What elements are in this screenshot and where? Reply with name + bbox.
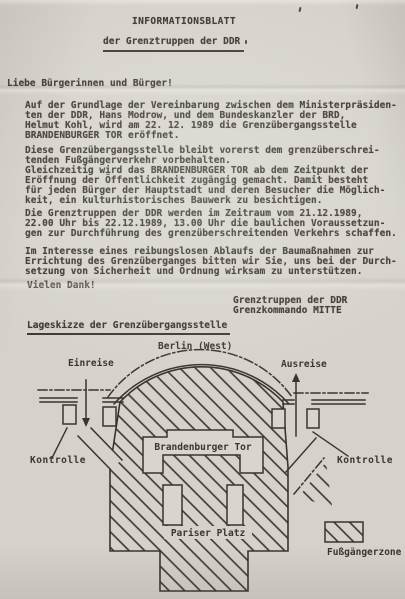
kontrolle-right-label: Kontrolle [337,455,393,466]
scan-speck [245,40,247,44]
paragraph-pedestrian: Diese Grenzübergangsstelle bleibt vorers… [25,146,385,206]
legend-label: Fußgängerzone [327,547,402,558]
platz-pillar-left [163,485,182,525]
salutation: Liebe Bürgerinnen und Bürger! [7,79,173,89]
legend-swatch [325,522,363,542]
checkpoint-box-left-2 [103,407,116,426]
page-title: INFORMATIONSBLATT [132,17,236,27]
site-sketch-diagram: Berlin (West) Einreise Ausreise Kontroll… [0,336,405,599]
page-subtitle: der Grenztruppen der DDR [103,37,244,52]
signature-block: Grenztruppen der DDR Grenzkommando MITTE [233,296,347,316]
kontrolle-left-label: Kontrolle [30,455,86,466]
paragraph-request: Im Interesse eines reibungslosen Ablaufs… [25,247,397,277]
thanks-line: Vielen Dank! [27,281,96,291]
sketch-heading: Lageskizze der Grenzübergangsstelle [27,321,230,335]
checkpoint-box-right-2 [307,409,319,428]
checkpoint-box-right-1 [272,409,285,428]
brandenburger-tor-label: Brandenburger Tor [154,442,252,453]
pointer-line-right [313,432,348,456]
platz-pillar-right [227,485,243,525]
paragraph-agreement: Auf der Grundlage der Vereinbarung zwisc… [25,101,397,141]
wall-left [40,398,123,402]
einreise-down-arrow [82,380,90,427]
checkpoint-box-left-1 [63,405,76,424]
pedestrian-zone-shape [110,367,288,591]
paragraph-schedule: Die Grenztruppen der DDR werden im Zeitr… [25,209,397,239]
einreise-label: Einreise [68,358,114,369]
berlin-west-label: Berlin (West) [158,341,232,352]
pointer-line-left [52,428,67,458]
scan-speck [356,4,359,9]
ausreise-label: Ausreise [281,359,327,370]
corridor-right-edge [286,438,316,472]
scan-speck [298,7,301,12]
document-page: INFORMATIONSBLATT der Grenztruppen der D… [0,0,405,599]
pariser-platz-label: Pariser Platz [171,528,246,539]
